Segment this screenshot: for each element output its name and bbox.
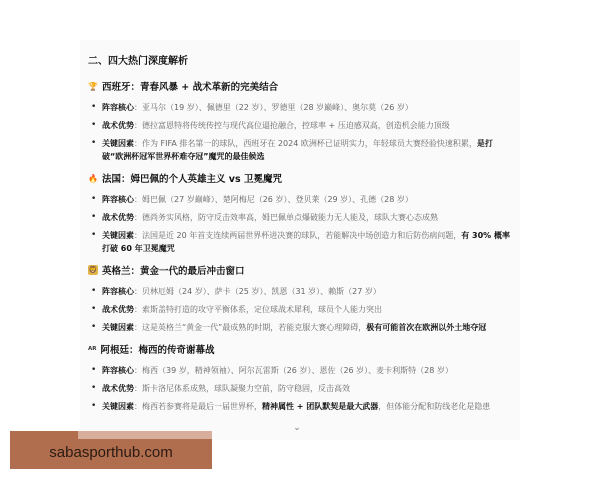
fire-icon: 🔥 <box>88 173 98 183</box>
list-item: 阵容核心：贝林厄姆（24 岁）、萨卡（25 岁）、凯恩（31 岁）、赖斯（27 … <box>88 285 510 298</box>
list-item: 战术优势：德尚务实风格，防守反击效率高，姆巴佩单点爆破能力无人能及，球队大赛心态… <box>88 211 510 224</box>
team-details-england: 阵容核心：贝林厄姆（24 岁）、萨卡（25 岁）、凯恩（31 岁）、赖斯（27 … <box>88 285 510 334</box>
argentina-flag-icon: AR <box>88 344 97 354</box>
list-item: 关键因素：这是英格兰“黄金一代”最成熟的时期，若能克服大赛心理障碍，极有可能首次… <box>88 321 510 334</box>
team-title: 英格兰：黄金一代的最后冲击窗口 <box>102 263 245 277</box>
list-item: 关键因素：作为 FIFA 排名第一的球队，西班牙在 2024 欧洲杯已证明实力，… <box>88 137 510 163</box>
team-details-france: 阵容核心：姆巴佩（27 岁巅峰）、楚阿梅尼（26 岁）、登贝莱（29 岁）、孔德… <box>88 193 510 255</box>
list-item: 战术优势：斯卡洛尼体系成熟，球队凝聚力空前，防守稳固，反击高效 <box>88 382 510 395</box>
team-heading-france: 🔥 法国：姆巴佩的个人英雄主义 vs 卫冕魔咒 <box>88 171 510 185</box>
team-title: 阿根廷：梅西的传奇谢幕战 <box>101 342 215 356</box>
list-item: 关键因素：梅西若参赛将是最后一届世界杯，精神属性 + 团队默契是最大武器，但体能… <box>88 400 510 413</box>
watermark-text: sabasporthub.com <box>49 444 172 461</box>
list-item: 战术优势：索斯盖特打造的攻守平衡体系，定位球战术犀利，球员个人能力突出 <box>88 303 510 316</box>
list-item: 阵容核心：梅西（39 岁，精神领袖）、阿尔瓦雷斯（26 岁）、恩佐（26 岁）、… <box>88 364 510 377</box>
section-title: 二、四大热门深度解析 <box>88 52 510 67</box>
list-item: 阵容核心：姆巴佩（27 岁巅峰）、楚阿梅尼（26 岁）、登贝莱（29 岁）、孔德… <box>88 193 510 206</box>
lion-icon: 🦁 <box>88 265 98 275</box>
team-heading-spain: 🏆 西班牙：青春风暴 + 战术革新的完美结合 <box>88 79 510 93</box>
team-details-spain: 阵容核心：亚马尔（19 岁）、佩德里（22 岁）、罗德里（28 岁巅峰）、奥尔莫… <box>88 101 510 163</box>
list-item: 关键因素：法国是近 20 年首支连续两届世界杯进决赛的球队，若能解决中场创造力和… <box>88 229 510 255</box>
trophy-icon: 🏆 <box>88 81 98 91</box>
list-item: 战术优势：德拉富恩特将传统传控与现代高位逼抢融合，控球率 + 压迫感双高，创造机… <box>88 119 510 132</box>
team-title: 西班牙：青春风暴 + 战术革新的完美结合 <box>102 79 278 93</box>
chevron-down-icon[interactable]: ⌄ <box>292 424 302 432</box>
list-item: 阵容核心：亚马尔（19 岁）、佩德里（22 岁）、罗德里（28 岁巅峰）、奥尔莫… <box>88 101 510 114</box>
article-card: 二、四大热门深度解析 🏆 西班牙：青春风暴 + 战术革新的完美结合 阵容核心：亚… <box>80 40 520 440</box>
team-details-argentina: 阵容核心：梅西（39 岁，精神领袖）、阿尔瓦雷斯（26 岁）、恩佐（26 岁）、… <box>88 364 510 413</box>
team-heading-argentina: AR 阿根廷：梅西的传奇谢幕战 <box>88 342 510 356</box>
watermark-strip <box>78 431 212 439</box>
team-heading-england: 🦁 英格兰：黄金一代的最后冲击窗口 <box>88 263 510 277</box>
team-title: 法国：姆巴佩的个人英雄主义 vs 卫冕魔咒 <box>102 171 282 185</box>
